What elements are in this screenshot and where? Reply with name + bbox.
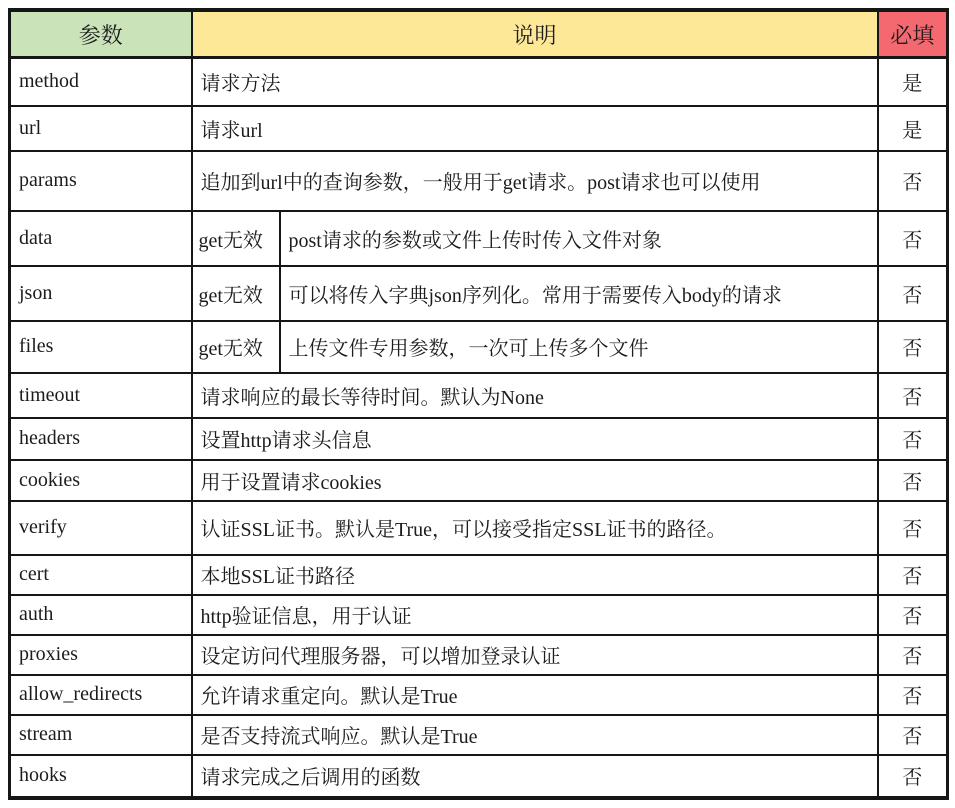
required-cell: 否 (878, 418, 948, 460)
param-name-cell: proxies (10, 635, 192, 675)
description-cell: 用于设置请求cookies (192, 460, 878, 501)
table-row: verify认证SSL证书。默认是True，可以接受指定SSL证书的路径。否 (10, 501, 948, 555)
description-cell: 上传文件专用参数，一次可上传多个文件 (280, 321, 878, 373)
table-row: stream是否支持流式响应。默认是True否 (10, 715, 948, 755)
required-cell: 是 (878, 106, 948, 151)
param-name-cell: files (10, 321, 192, 373)
description-cell: 请求完成之后调用的函数 (192, 755, 878, 798)
table-row: url请求url是 (10, 106, 948, 151)
get-invalid-note-cell: get无效 (192, 321, 280, 373)
param-name-cell: cookies (10, 460, 192, 501)
table-body: method请求方法是url请求url是params追加到url中的查询参数，一… (10, 58, 948, 798)
param-name-cell: verify (10, 501, 192, 555)
description-cell: 请求响应的最长等待时间。默认为None (192, 373, 878, 418)
description-cell: 请求方法 (192, 58, 878, 106)
description-cell: post请求的参数或文件上传时传入文件对象 (280, 211, 878, 266)
table-row: timeout请求响应的最长等待时间。默认为None否 (10, 373, 948, 418)
required-cell: 是 (878, 58, 948, 106)
description-cell: http验证信息，用于认证 (192, 595, 878, 635)
description-cell: 本地SSL证书路径 (192, 555, 878, 595)
required-cell: 否 (878, 675, 948, 715)
description-cell: 可以将传入字典json序列化。常用于需要传入body的请求 (280, 266, 878, 321)
header-row: 参数 说明 必填 (10, 10, 948, 58)
table-row: cookies用于设置请求cookies否 (10, 460, 948, 501)
required-cell: 否 (878, 755, 948, 798)
required-cell: 否 (878, 211, 948, 266)
param-name-cell: cert (10, 555, 192, 595)
description-cell: 设置http请求头信息 (192, 418, 878, 460)
description-cell: 设定访问代理服务器，可以增加登录认证 (192, 635, 878, 675)
description-cell: 是否支持流式响应。默认是True (192, 715, 878, 755)
table-row: cert本地SSL证书路径否 (10, 555, 948, 595)
required-cell: 否 (878, 266, 948, 321)
required-cell: 否 (878, 373, 948, 418)
description-cell: 认证SSL证书。默认是True，可以接受指定SSL证书的路径。 (192, 501, 878, 555)
table-row: dataget无效post请求的参数或文件上传时传入文件对象否 (10, 211, 948, 266)
param-name-cell: json (10, 266, 192, 321)
table-row: proxies设定访问代理服务器，可以增加登录认证否 (10, 635, 948, 675)
param-name-cell: method (10, 58, 192, 106)
table-row: params追加到url中的查询参数，一般用于get请求。post请求也可以使用… (10, 151, 948, 211)
description-cell: 追加到url中的查询参数，一般用于get请求。post请求也可以使用 (192, 151, 878, 211)
param-name-cell: hooks (10, 755, 192, 798)
param-name-cell: data (10, 211, 192, 266)
param-name-cell: params (10, 151, 192, 211)
required-cell: 否 (878, 151, 948, 211)
param-name-cell: url (10, 106, 192, 151)
required-cell: 否 (878, 321, 948, 373)
table-row: method请求方法是 (10, 58, 948, 106)
document-page: 参数 说明 必填 method请求方法是url请求url是params追加到ur… (0, 0, 955, 808)
description-cell: 请求url (192, 106, 878, 151)
get-invalid-note-cell: get无效 (192, 211, 280, 266)
table-row: authhttp验证信息，用于认证否 (10, 595, 948, 635)
required-cell: 否 (878, 715, 948, 755)
table-row: filesget无效上传文件专用参数，一次可上传多个文件否 (10, 321, 948, 373)
header-cell-required: 必填 (878, 10, 948, 58)
param-name-cell: stream (10, 715, 192, 755)
table-row: allow_redirects允许请求重定向。默认是True否 (10, 675, 948, 715)
header-cell-param: 参数 (10, 10, 192, 58)
table-row: hooks请求完成之后调用的函数否 (10, 755, 948, 798)
param-name-cell: allow_redirects (10, 675, 192, 715)
required-cell: 否 (878, 501, 948, 555)
table-row: jsonget无效可以将传入字典json序列化。常用于需要传入body的请求否 (10, 266, 948, 321)
required-cell: 否 (878, 555, 948, 595)
required-cell: 否 (878, 595, 948, 635)
get-invalid-note-cell: get无效 (192, 266, 280, 321)
header-cell-desc: 说明 (192, 10, 878, 58)
param-name-cell: auth (10, 595, 192, 635)
param-name-cell: timeout (10, 373, 192, 418)
param-name-cell: headers (10, 418, 192, 460)
table-row: headers设置http请求头信息否 (10, 418, 948, 460)
required-cell: 否 (878, 635, 948, 675)
required-cell: 否 (878, 460, 948, 501)
request-params-table: 参数 说明 必填 method请求方法是url请求url是params追加到ur… (8, 8, 949, 800)
description-cell: 允许请求重定向。默认是True (192, 675, 878, 715)
